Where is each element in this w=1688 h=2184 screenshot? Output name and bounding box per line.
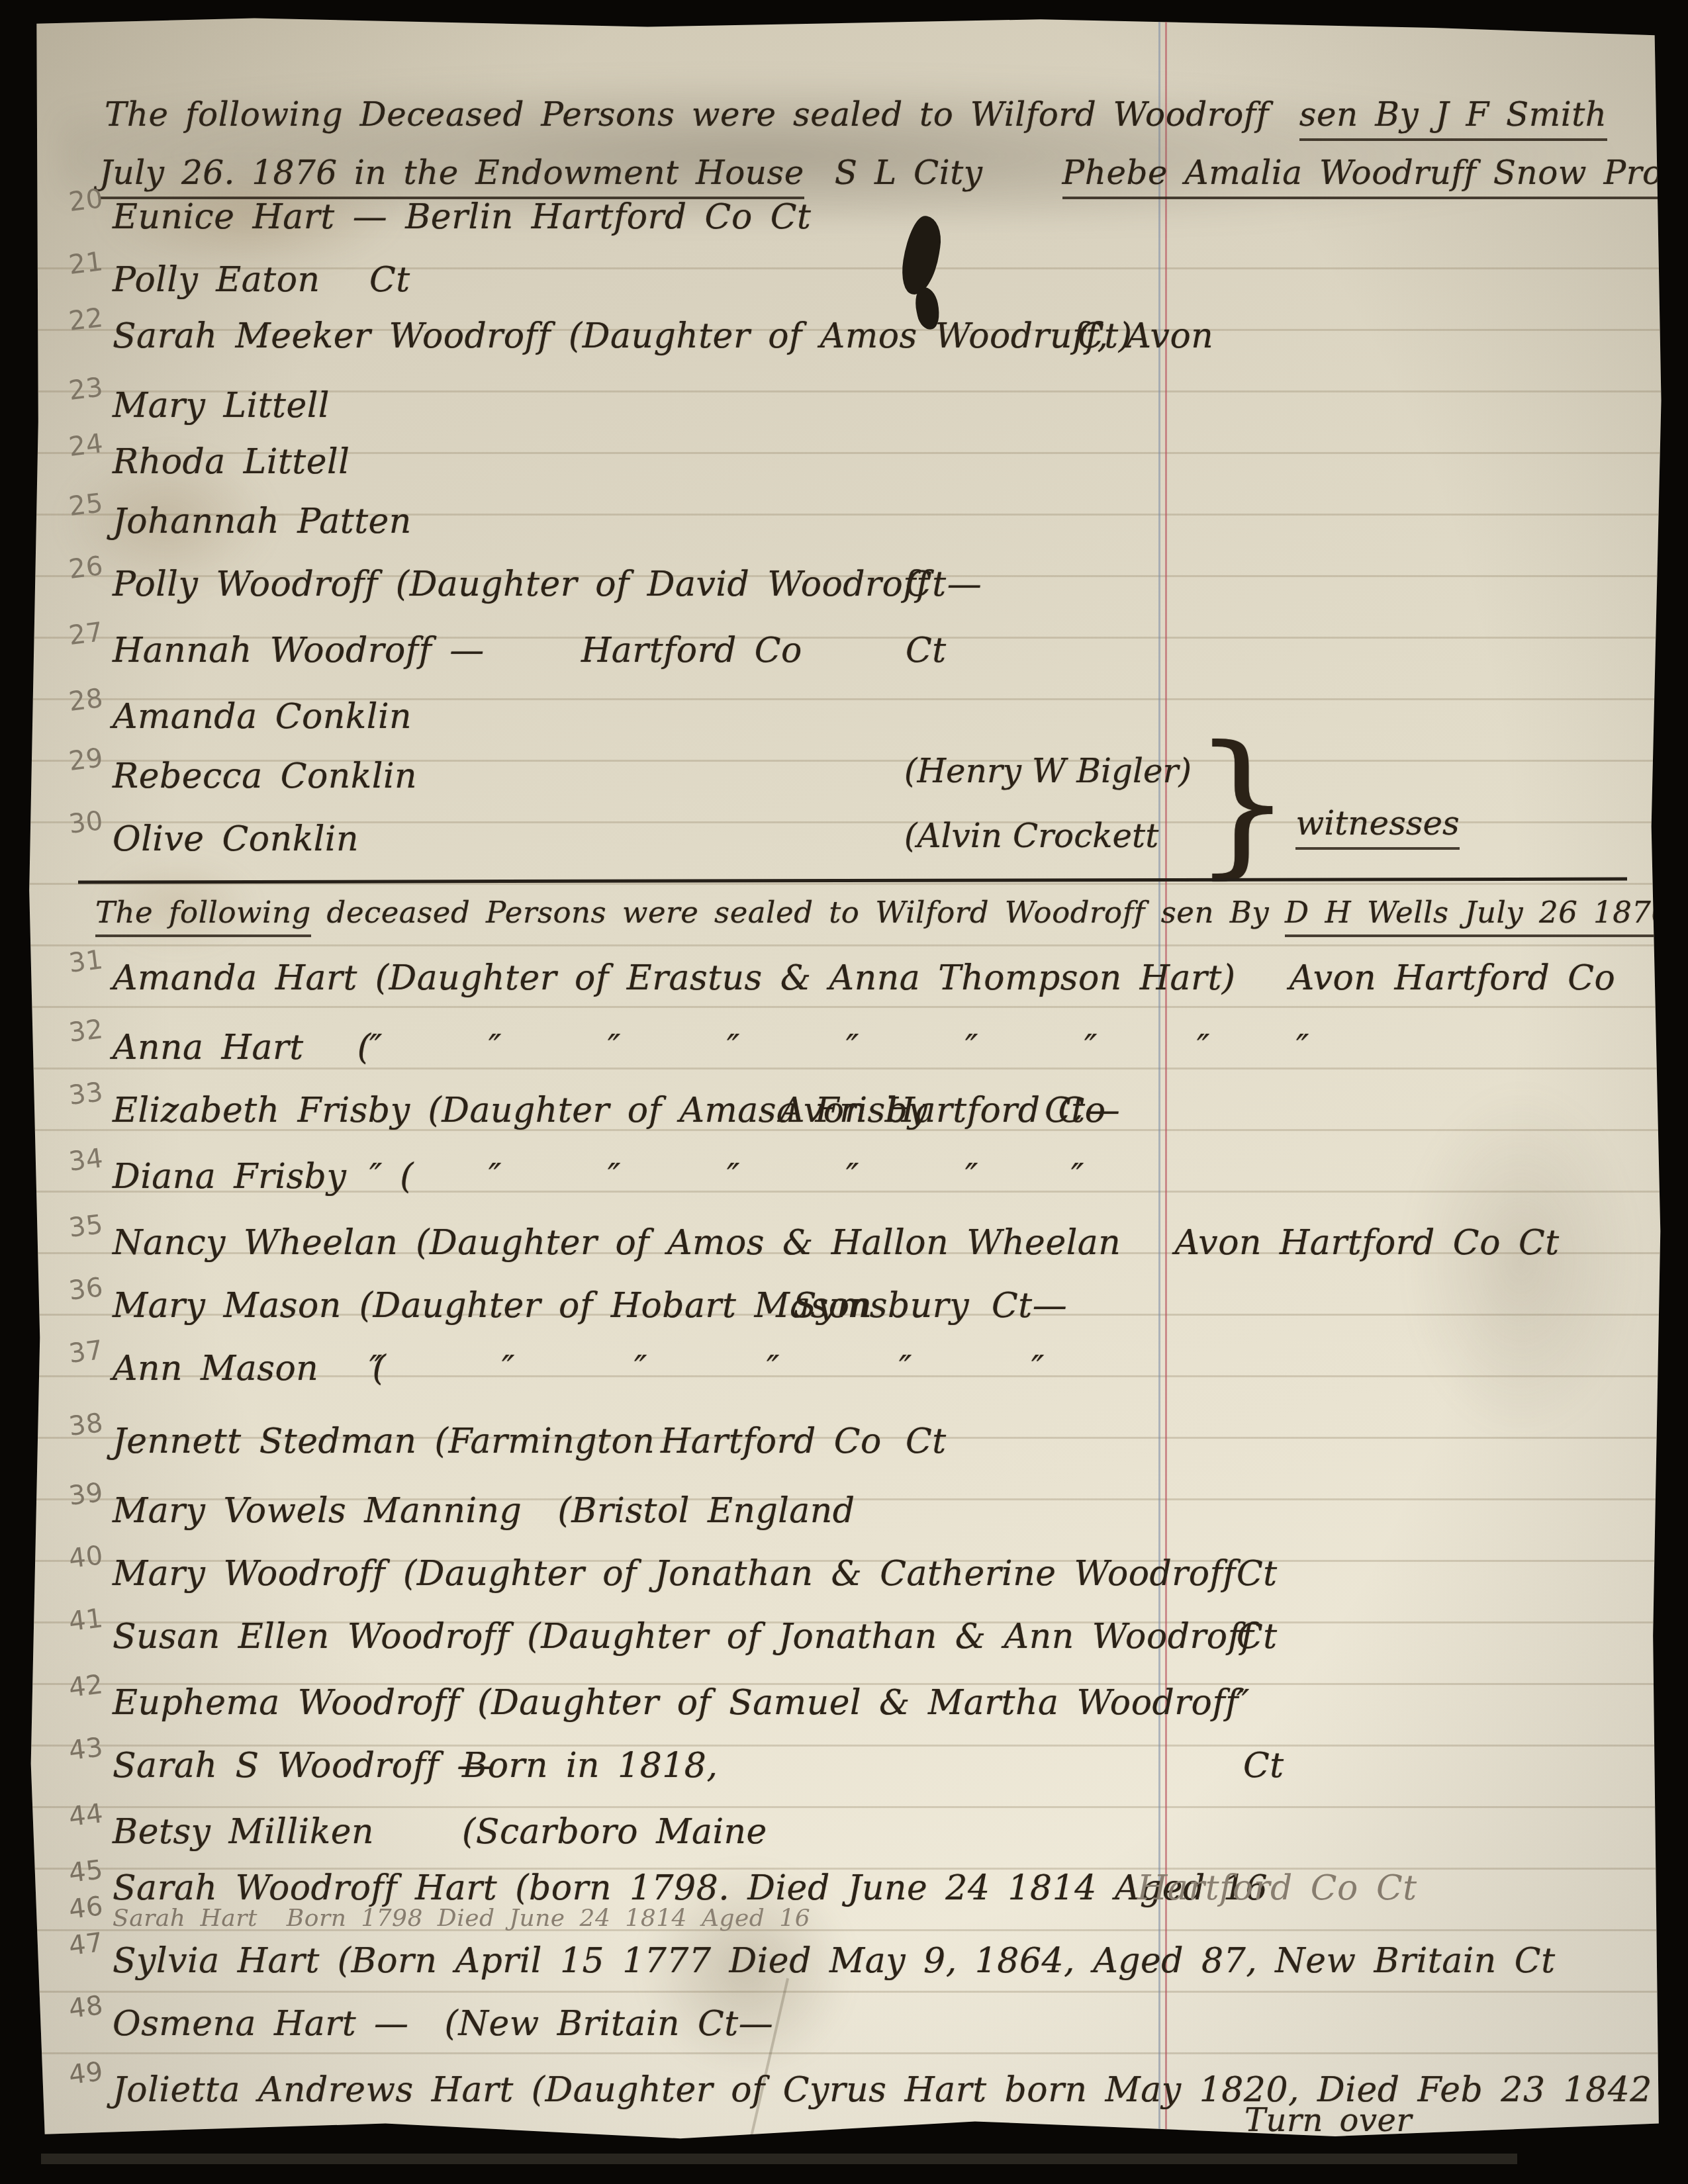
entry-text: Johannah Patten	[113, 502, 412, 541]
entry-col-text: Ct)	[1078, 316, 1132, 356]
register-row: 38 Jennett Stedman (Farmington Hartford …	[71, 1422, 1650, 1482]
entry-col-text: Ct—	[992, 1286, 1067, 1326]
entry-number: 24	[67, 428, 105, 463]
register-row: 33 Elizabeth Frisby (Daughter of Amasa F…	[71, 1091, 1650, 1152]
entry-col-text: ″	[1071, 1157, 1084, 1197]
entry-text: Susan Ellen Woodroff (Daughter of Jonath…	[113, 1617, 1254, 1657]
register-row: 35 Nancy Wheelan (Daughter of Amos & Hal…	[71, 1223, 1650, 1284]
entry-text: Polly Eaton	[113, 260, 320, 300]
register-row: 31 Amanda Hart (Daughter of Erastus & An…	[71, 958, 1650, 1019]
next-page-edge	[41, 2154, 1517, 2164]
entry-col-text: Symsbury	[793, 1286, 969, 1326]
entry-text: Eunice Hart — Berlin Hartford Co Ct	[113, 197, 811, 237]
entry-number: 31	[67, 944, 105, 979]
entry-number: 35	[67, 1209, 105, 1244]
entry-text: Rebecca Conklin	[113, 756, 417, 796]
register-row: 48 Osmena Hart — (New Britain Ct—	[71, 2004, 1650, 2065]
entry-text: Euphema Woodroff (Daughter of Samuel & M…	[113, 1683, 1239, 1723]
register-row: 32 Anna Hart ( ″″″″″″″″″	[71, 1028, 1650, 1089]
entry-text: Sarah Meeker Woodroff (Daughter of Amos …	[113, 316, 1213, 356]
entry-number: 36	[67, 1272, 105, 1306]
turn-over-note: Turn over	[1244, 2102, 1412, 2139]
entry-col-text: Hartford Co	[581, 631, 802, 670]
heading-text: The following Deceased Persons were seal…	[105, 95, 1269, 134]
entry-col-text: ″	[1197, 1028, 1210, 1068]
entry-text: Anna Hart (	[113, 1028, 371, 1068]
scanned-register-page: { "palette":{"ink":"#2b2217","pencil":"#…	[0, 0, 1688, 2184]
entry-number: 48	[67, 1990, 105, 2025]
entry-col-text: ″	[369, 1349, 383, 1388]
entry-col-text: Ct	[906, 565, 947, 604]
entry-text: Amanda Hart (Daughter of Erastus & Anna …	[113, 958, 1688, 998]
register-row: 25 Johannah Patten	[71, 502, 1650, 563]
entry-number: 32	[67, 1014, 105, 1048]
entry-number: 40	[67, 1540, 105, 1574]
entry-number: 44	[67, 1798, 105, 1833]
witness-2: (Alvin Crockett	[904, 803, 1192, 868]
section2-heading: The following deceased Persons were seal…	[95, 895, 1671, 930]
entry-number: 45	[67, 1854, 105, 1889]
heading-officiator: sen By J F Smith	[1299, 95, 1607, 141]
entry-col-text: Ct	[906, 631, 947, 670]
entry-col-text: ″	[846, 1157, 859, 1197]
entry-number: 47	[67, 1927, 105, 1962]
entry-col-text: ″	[1031, 1349, 1045, 1388]
entry-text: Sarah Hart Born 1798 Died June 24 1814 A…	[113, 1905, 810, 1932]
entry-col-text: Hartford Co	[661, 1422, 882, 1461]
register-row: 47 Sylvia Hart (Born April 15 1777 Died …	[71, 1941, 1650, 2002]
entry-col-text: ″	[369, 1157, 383, 1197]
entry-number: 49	[67, 2056, 105, 2091]
register-row: 20 Eunice Hart — Berlin Hartford Co Ct	[71, 197, 1650, 258]
register-row: 43 Sarah S Woodroff — Born in 1818,Ct	[71, 1746, 1650, 1807]
page-heading-line2: July 26. 1876 in the Endowment HouseS L …	[99, 154, 1688, 192]
entry-text: Rhoda Littell	[113, 442, 350, 482]
entry-number: 21	[67, 246, 105, 281]
entry-text: Polly Woodroff (Daughter of David Woodro…	[113, 565, 982, 604]
register-row: 49 Jolietta Andrews Hart (Daughter of Cy…	[71, 2070, 1650, 2131]
register-row: 34 Diana Frisby ( ″″″″″″″	[71, 1157, 1650, 1218]
entry-col-text: Ct—	[1045, 1091, 1120, 1130]
register-row: 39 Mary Vowels Manning (Bristol England	[71, 1491, 1650, 1552]
entry-number: 46	[67, 1891, 105, 1925]
entry-col-text: ″	[489, 1028, 502, 1068]
entry-text: Sylvia Hart (Born April 15 1777 Died May…	[113, 1941, 1556, 1981]
page-heading-line1: The following Deceased Persons were seal…	[105, 95, 1607, 134]
entry-text: Jolietta Andrews Hart (Daughter of Cyrus…	[113, 2070, 1652, 2110]
entry-col-text: ″	[767, 1349, 780, 1388]
entry-number: 22	[67, 302, 105, 337]
entry-col-text: ″	[727, 1157, 740, 1197]
entry-col-text: Born in 1818,	[462, 1746, 718, 1786]
entry-number: 23	[67, 372, 105, 406]
entry-text: Amanda Conklin	[113, 697, 412, 737]
witness-names: (Henry W Bigler) (Alvin Crockett	[904, 739, 1192, 868]
entry-col-text: ″	[608, 1028, 621, 1068]
witness-1: (Henry W Bigler)	[904, 739, 1192, 803]
register-row: 27 Hannah Woodroff — Hartford CoCt	[71, 631, 1650, 692]
register-row: 23 Mary Littell	[71, 386, 1650, 447]
register-row: 42 Euphema Woodroff (Daughter of Samuel …	[71, 1683, 1650, 1744]
register-row: 40 Mary Woodroff (Daughter of Jonathan &…	[71, 1554, 1650, 1615]
entry-number: 34	[67, 1143, 105, 1177]
entry-col-text: ″	[1084, 1028, 1098, 1068]
entry-col-text: ″	[899, 1349, 912, 1388]
entry-col-text: ″	[634, 1349, 647, 1388]
entry-col-text: Ct	[1237, 1617, 1278, 1657]
entry-text: Mary Littell	[113, 386, 330, 426]
entry-text: Ann Mason (	[113, 1349, 386, 1388]
heading-date-place: July 26. 1876 in the Endowment House	[99, 154, 804, 199]
witnesses-block: (Henry W Bigler) (Alvin Crockett } witne…	[904, 737, 1460, 870]
entry-col-text: (Scarboro Maine	[462, 1812, 767, 1852]
witnesses-label: witnesses	[1295, 804, 1459, 850]
entry-text: Sarah Woodroff Hart (born 1798. Died Jun…	[113, 1868, 1268, 1908]
section2-officiator: D H Wells July 26 1876	[1285, 895, 1671, 937]
entry-text: Diana Frisby (	[113, 1157, 414, 1197]
entry-text: Betsy Milliken	[113, 1812, 374, 1852]
entry-text: Jennett Stedman (Farmington	[113, 1422, 655, 1461]
register-row: 26 Polly Woodroff (Daughter of David Woo…	[71, 565, 1650, 625]
entry-number: 33	[67, 1077, 105, 1111]
entry-text: Mary Woodroff (Daughter of Jonathan & Ca…	[113, 1554, 1236, 1594]
document-paper: The following Deceased Persons were seal…	[25, 17, 1663, 2147]
register-row: 36 Mary Mason (Daughter of Hobart Mason …	[71, 1286, 1650, 1347]
entry-text: Sarah S Woodroff —	[113, 1746, 492, 1786]
entry-text: Nancy Wheelan (Daughter of Amos & Hallon…	[113, 1223, 1560, 1263]
entry-col-text: ″	[727, 1028, 740, 1068]
entry-number: 27	[67, 617, 105, 651]
entry-text: Osmena Hart — (New Britain Ct—	[113, 2004, 773, 2044]
entry-text: Mary Vowels Manning (Bristol England	[113, 1491, 855, 1531]
register-row: 44 Betsy Milliken (Scarboro Maine	[71, 1812, 1650, 1873]
entry-col-text: Ct	[906, 1422, 947, 1461]
entry-number: 43	[67, 1732, 105, 1766]
entry-number: 38	[67, 1408, 105, 1442]
entry-col-text: Hartford Co Ct	[1137, 1868, 1417, 1908]
entry-number: 28	[67, 683, 105, 717]
entry-number: 20	[67, 183, 105, 218]
entry-col-text: ″	[846, 1028, 859, 1068]
entry-col-text: ″	[965, 1028, 978, 1068]
entry-number: 26	[67, 551, 105, 585]
register-row: 41 Susan Ellen Woodroff (Daughter of Jon…	[71, 1617, 1650, 1678]
section2-heading-start: The following	[95, 895, 311, 937]
entry-col-text: ″	[369, 1028, 383, 1068]
entry-number: 37	[67, 1335, 105, 1369]
entry-col-text: ″	[502, 1349, 515, 1388]
entry-number: 30	[67, 805, 105, 840]
entry-number: 25	[67, 488, 105, 522]
brace-glyph: }	[1193, 737, 1292, 870]
entry-col-text: Ct	[1237, 1554, 1278, 1594]
entry-col-text: ″	[608, 1157, 621, 1197]
entry-col-text: ″	[1237, 1683, 1250, 1723]
entry-number: 42	[67, 1669, 105, 1704]
register-row: 22 Sarah Meeker Woodroff (Daughter of Am…	[71, 316, 1650, 377]
entry-text: Hannah Woodroff —	[113, 631, 485, 670]
heading-proxy: Phebe Amalia Woodruff Snow Proxy	[1062, 154, 1688, 199]
entry-text: Olive Conklin	[113, 819, 359, 859]
entry-text: Mary Mason (Daughter of Hobart Mason	[113, 1286, 872, 1326]
heading-city: S L City	[835, 154, 983, 192]
entry-col-text: Ct	[369, 260, 410, 300]
register-row: 37 Ann Mason ( ″″″″″″	[71, 1349, 1650, 1410]
entry-col-text: ″	[1296, 1028, 1309, 1068]
entry-number: 39	[67, 1477, 105, 1512]
register-row: 24 Rhoda Littell	[71, 442, 1650, 503]
entry-number: 29	[67, 743, 105, 777]
register-row: 21 Polly Eaton Ct	[71, 260, 1650, 321]
entry-number: 41	[67, 1603, 105, 1637]
section2-heading-mid: deceased Persons were sealed to Wilford …	[327, 895, 1270, 930]
entry-col-text: ″	[965, 1157, 978, 1197]
entry-col-text: Ct	[1243, 1746, 1284, 1786]
entry-col-text: ″	[489, 1157, 502, 1197]
